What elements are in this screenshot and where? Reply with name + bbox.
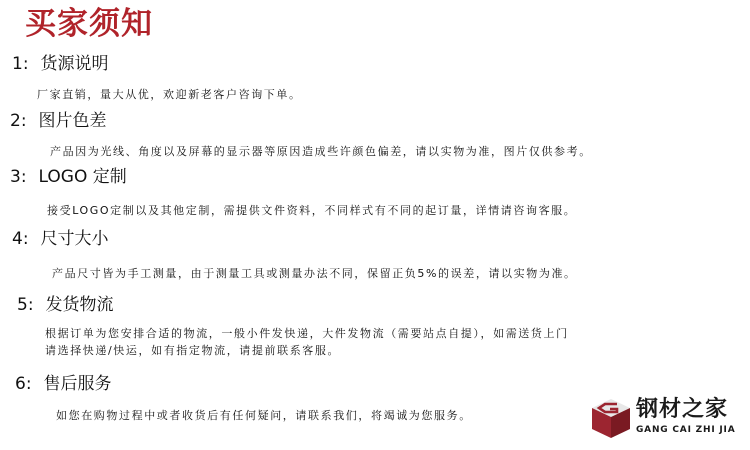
- section-number: 1:: [12, 53, 29, 75]
- logo-name-cn: 钢材之家: [636, 397, 728, 423]
- section-text-shipping-line1: 根据订单为您安排合适的物流，一般小件发快递，大件发物流（需要站点自提），如需送货…: [45, 325, 569, 342]
- section-heading-shipping: 5:发货物流: [17, 294, 114, 316]
- section-title: 发货物流: [46, 295, 114, 315]
- section-heading-source: 1:货源说明: [12, 53, 109, 75]
- section-text-shipping-line2: 请选择快递/快运，如有指定物流，请提前联系客服。: [45, 342, 340, 359]
- section-text-color-diff: 产品因为光线、角度以及屏幕的显示器等原因造成些许颜色偏差，请以实物为准，图片仅供…: [50, 143, 592, 160]
- section-heading-logo-custom: 3:LOGO 定制: [10, 166, 127, 188]
- section-heading-after-sales: 6:售后服务: [15, 373, 112, 395]
- section-number: 3:: [10, 166, 27, 188]
- logo-name-en: GANG CAI ZHI JIA: [636, 424, 735, 436]
- section-number: 6:: [15, 373, 32, 395]
- section-heading-color-diff: 2:图片色差: [10, 110, 107, 132]
- section-text-source: 厂家直销，量大从优，欢迎新老客户咨询下单。: [37, 86, 302, 103]
- cube-g-icon: [590, 397, 632, 439]
- section-title: 售后服务: [44, 374, 112, 394]
- section-text-logo-custom: 接受LOGO定制以及其他定制，需提供文件资料，不同样式有不同的起订量，详情请咨询…: [47, 202, 576, 219]
- section-number: 2:: [10, 110, 27, 132]
- section-text-after-sales: 如您在购物过程中或者收货后有任何疑问，请联系我们，将竭诚为您服务。: [56, 407, 472, 424]
- section-title: 图片色差: [39, 111, 107, 131]
- section-heading-size: 4:尺寸大小: [12, 228, 109, 250]
- page-title: 买家须知: [25, 4, 153, 44]
- section-number: 4:: [12, 228, 29, 250]
- section-number: 5:: [17, 294, 34, 316]
- brand-logo: 钢材之家 GANG CAI ZHI JIA: [590, 395, 740, 441]
- section-title: 货源说明: [41, 54, 109, 74]
- section-title: LOGO 定制: [39, 167, 127, 187]
- section-text-size: 产品尺寸皆为手工测量，由于测量工具或测量办法不同，保留正负5%的误差，请以实物为…: [52, 265, 577, 282]
- section-title: 尺寸大小: [41, 229, 109, 249]
